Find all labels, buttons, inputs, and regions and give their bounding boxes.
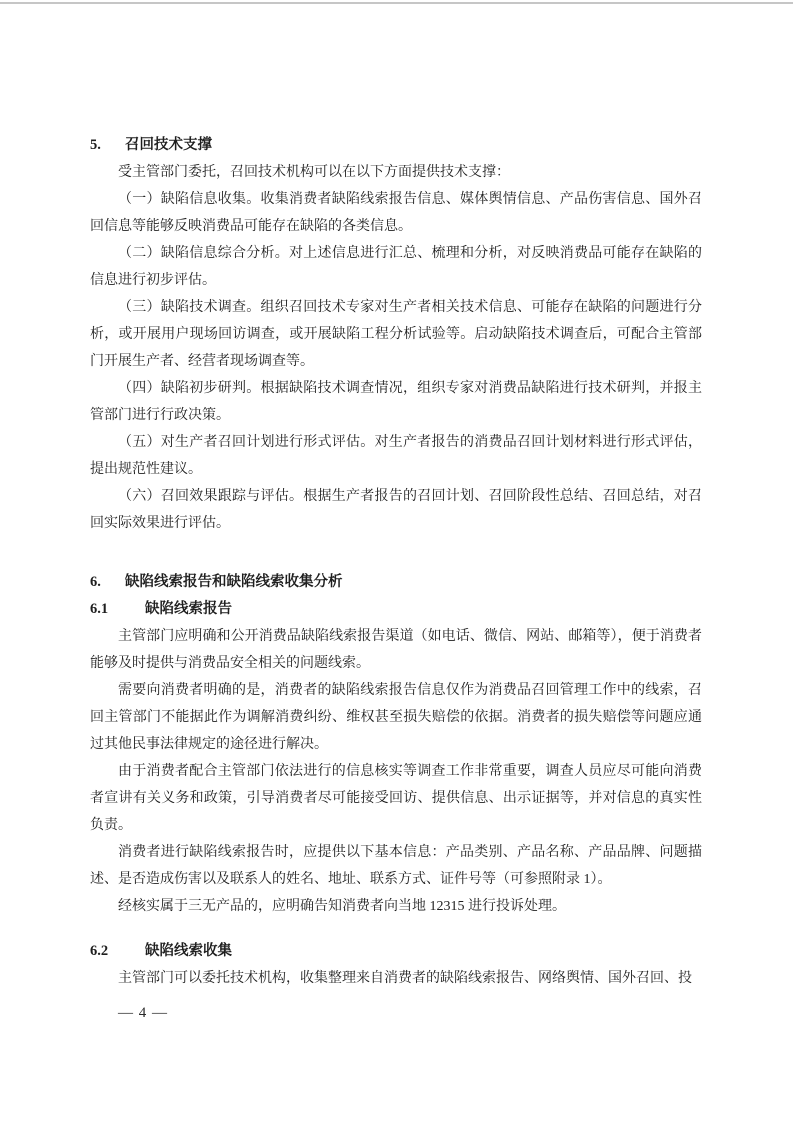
section-6-2-title: 缺陷线索收集 bbox=[145, 938, 232, 965]
section-5-item-4-paragraph: （四）缺陷初步研判。根据缺陷技术调查情况，组织专家对消费品缺陷进行技术研判，并报… bbox=[90, 375, 702, 429]
section-5-number: 5. bbox=[90, 132, 125, 159]
section-6-1-paragraph-5: 经核实属于三无产品的，应明确告知消费者向当地 12315 进行投诉处理。 bbox=[90, 893, 702, 920]
section-6-1-heading: 6.1 缺陷线索报告 bbox=[90, 596, 702, 623]
document-page: 5. 召回技术支撑 受主管部门委托，召回技术机构可以在以下方面提供技术支撑： （… bbox=[0, 0, 793, 1122]
section-6-1-number: 6.1 bbox=[90, 596, 145, 623]
section-5-item-3-paragraph: （三）缺陷技术调查。组织召回技术专家对生产者相关技术信息、可能存在缺陷的问题进行… bbox=[90, 294, 702, 375]
section-6-2-number: 6.2 bbox=[90, 938, 145, 965]
section-6-1-title: 缺陷线索报告 bbox=[145, 596, 232, 623]
section-6-2-heading: 6.2 缺陷线索收集 bbox=[90, 938, 702, 965]
section-6-1-paragraph-4: 消费者进行缺陷线索报告时，应提供以下基本信息：产品类别、产品名称、产品品牌、问题… bbox=[90, 839, 702, 893]
section-6-heading: 6. 缺陷线索报告和缺陷线索收集分析 bbox=[90, 569, 702, 596]
section-5-item-1-paragraph: （一）缺陷信息收集。收集消费者缺陷线索报告信息、媒体舆情信息、产品伤害信息、国外… bbox=[90, 186, 702, 240]
section-5-item-6-paragraph: （六）召回效果跟踪与评估。根据生产者报告的召回计划、召回阶段性总结、召回总结，对… bbox=[90, 483, 702, 537]
document-body: 5. 召回技术支撑 受主管部门委托，召回技术机构可以在以下方面提供技术支撑： （… bbox=[90, 132, 702, 992]
section-6-1-paragraph-1: 主管部门应明确和公开消费品缺陷线索报告渠道（如电话、微信、网站、邮箱等），便于消… bbox=[90, 623, 702, 677]
section-5-item-5-paragraph: （五）对生产者召回计划进行形式评估。对生产者报告的消费品召回计划材料进行形式评估… bbox=[90, 429, 702, 483]
section-5-intro-paragraph: 受主管部门委托，召回技术机构可以在以下方面提供技术支撑： bbox=[90, 159, 702, 186]
section-6-1-paragraph-3: 由于消费者配合主管部门依法进行的信息核实等调查工作非常重要，调查人员应尽可能向消… bbox=[90, 758, 702, 839]
page-number: — 4 — bbox=[118, 1002, 168, 1024]
section-5-title: 召回技术支撑 bbox=[125, 132, 212, 159]
section-6-1-paragraph-2: 需要向消费者明确的是，消费者的缺陷线索报告信息仅作为消费品召回管理工作中的线索，… bbox=[90, 677, 702, 758]
section-6-number: 6. bbox=[90, 569, 125, 596]
section-5-heading: 5. 召回技术支撑 bbox=[90, 132, 702, 159]
section-6-title: 缺陷线索报告和缺陷线索收集分析 bbox=[125, 569, 343, 596]
section-5-item-2-paragraph: （二）缺陷信息综合分析。对上述信息进行汇总、梳理和分析，对反映消费品可能存在缺陷… bbox=[90, 240, 702, 294]
section-6-2-paragraph-1: 主管部门可以委托技术机构，收集整理来自消费者的缺陷线索报告、网络舆情、国外召回、… bbox=[90, 965, 702, 992]
